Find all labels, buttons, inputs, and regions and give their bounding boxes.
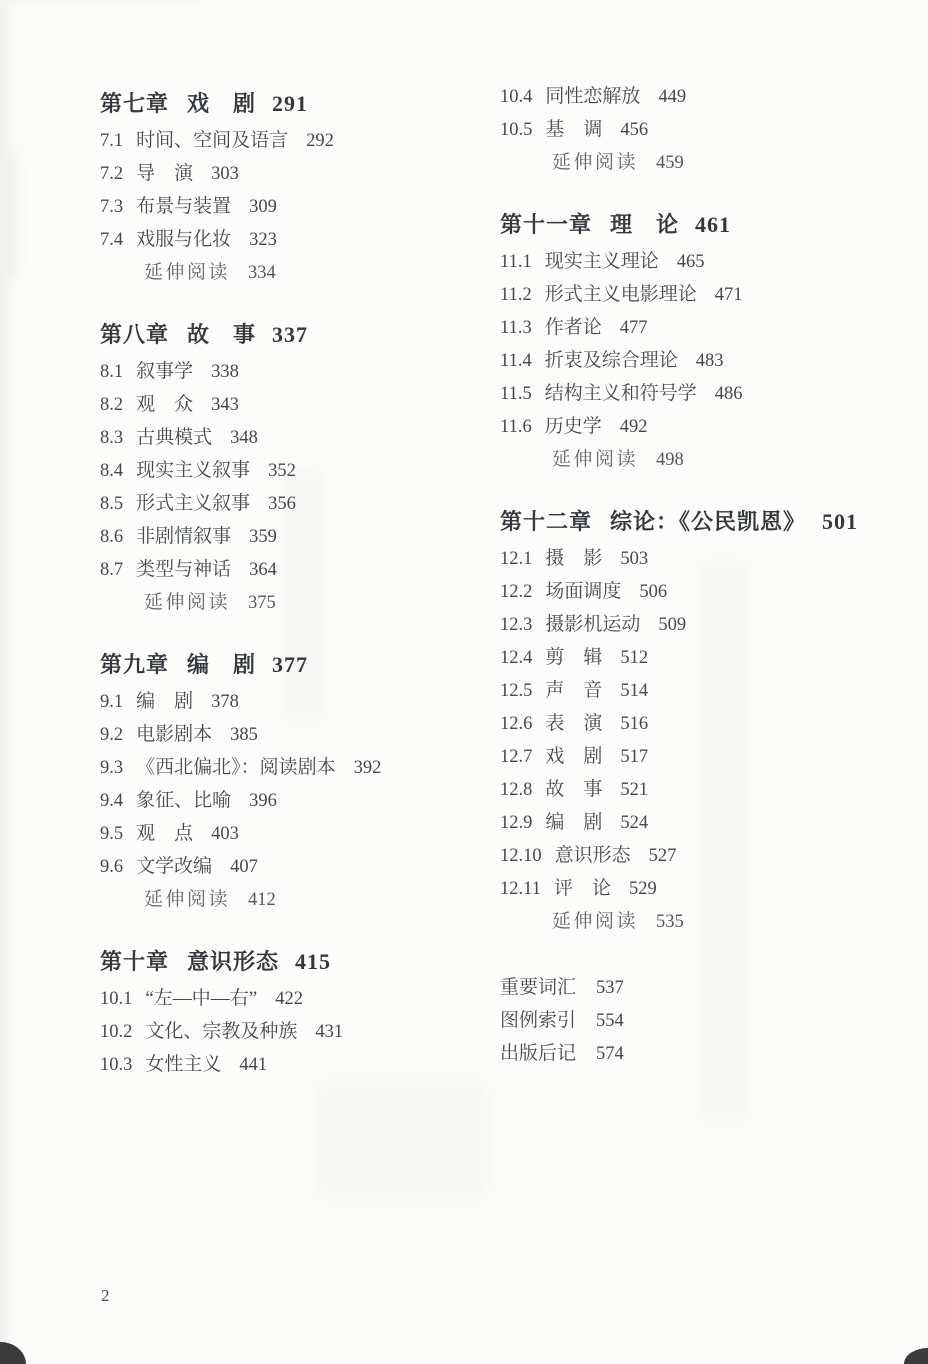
toc-item-title: 编 剧: [136, 691, 193, 712]
toc-item-page: 517: [620, 747, 648, 767]
toc-item-page: 449: [658, 87, 686, 107]
toc-item-title: 象征、比喻: [136, 790, 231, 811]
toc-item-page: 356: [268, 494, 296, 514]
toc-item-number: 11.4: [500, 345, 532, 378]
toc-item-page: 512: [620, 648, 648, 668]
toc-item-number: 9.3: [100, 752, 123, 785]
toc-item-title: 布景与装置: [136, 196, 231, 217]
chapter-page: 461: [695, 212, 731, 237]
toc-item-title: 《西北偏北》：阅读剧本: [136, 757, 336, 778]
chapter-title: 戏 剧: [187, 91, 256, 116]
toc-item-number: 7.4: [100, 224, 123, 257]
page-number: 2: [101, 1286, 110, 1306]
chapter-label: 第九章: [100, 652, 169, 677]
toc-item: 7.3布景与装置309: [100, 190, 500, 223]
toc-item-page: 412: [248, 890, 276, 910]
toc-item-number: 8.7: [100, 554, 123, 587]
toc-item-number: 8.3: [100, 422, 123, 455]
toc-item-page: 352: [268, 461, 296, 481]
toc-extended-reading: 延伸阅读459: [500, 146, 920, 179]
chapter-page: 377: [272, 652, 308, 677]
toc-item: 12.7戏 剧517: [500, 740, 920, 773]
toc-item-number: 11.1: [500, 246, 532, 279]
toc-item: 10.1“左—中—右”422: [100, 982, 500, 1015]
toc-item-page: 378: [211, 692, 239, 712]
toc-extended-reading: 延伸阅读498: [500, 443, 920, 476]
toc-item-title: 基 调: [545, 119, 602, 140]
chapter-page: 337: [272, 322, 308, 347]
chapter-label: 第八章: [100, 322, 169, 347]
toc-item: 8.2观 众343: [100, 388, 500, 421]
toc-column-left: 第七章戏 剧2917.1时间、空间及语言2927.2导 演3037.3布景与装置…: [100, 84, 500, 1081]
toc-item-page: 471: [715, 285, 743, 305]
toc-item-page: 465: [677, 252, 705, 272]
toc-item-page: 456: [620, 120, 648, 140]
toc-item-page: 348: [230, 428, 258, 448]
toc-item-number: 11.3: [500, 312, 532, 345]
toc-item: 10.2文化、宗教及种族431: [100, 1015, 500, 1048]
backmatter-list: 重要词汇537图例索引554出版后记574: [500, 971, 920, 1070]
toc-item-title: 电影剧本: [136, 724, 212, 745]
toc-item-number: 12.11: [500, 873, 541, 906]
toc-item-title: 戏 剧: [545, 746, 602, 767]
toc-item: 10.3女性主义441: [100, 1048, 500, 1081]
toc-item-page: 509: [658, 615, 686, 635]
toc-item-number: 12.9: [500, 807, 532, 840]
toc-item-page: 492: [620, 417, 648, 437]
toc-item-number: 7.1: [100, 125, 123, 158]
toc-item-title: 剪 辑: [545, 647, 602, 668]
chapter-heading: 第八章故 事337: [100, 315, 500, 355]
toc-item-title: 导 演: [136, 163, 193, 184]
chapter-title: 综论：《公民凯恩》: [610, 509, 806, 534]
toc-item: 8.4现实主义叙事352: [100, 454, 500, 487]
toc-item-page: 364: [249, 560, 277, 580]
toc-item-number: 12.5: [500, 675, 532, 708]
toc-item-number: 9.1: [100, 686, 123, 719]
chapter-label: 第十章: [100, 949, 169, 974]
toc-item-title: 意识形态: [555, 845, 631, 866]
chapter-page: 415: [295, 949, 331, 974]
toc-item-title: 延伸阅读: [552, 911, 638, 932]
toc-item-title: 古典模式: [136, 427, 212, 448]
backmatter-title: 重要词汇: [500, 977, 576, 998]
chapter-title: 意识形态: [187, 949, 279, 974]
toc-item-page: 521: [620, 780, 648, 800]
toc-extended-reading: 延伸阅读412: [100, 883, 500, 916]
chapter-heading: 第九章编 剧377: [100, 645, 500, 685]
toc-item-page: 359: [249, 527, 277, 547]
toc-item: 10.5基 调456: [500, 113, 920, 146]
toc-item-title: 现实主义理论: [545, 251, 659, 272]
toc-item-page: 535: [656, 912, 684, 932]
backmatter-title: 出版后记: [500, 1043, 576, 1064]
toc-item-title: 折衷及综合理论: [545, 350, 678, 371]
toc-item-number: 10.1: [100, 983, 132, 1016]
toc-item-page: 338: [211, 362, 239, 382]
toc-item-number: 9.6: [100, 851, 123, 884]
toc-item: 11.4折衷及综合理论483: [500, 344, 920, 377]
toc-item-title: 文化、宗教及种族: [145, 1021, 297, 1042]
toc-item-page: 516: [620, 714, 648, 734]
toc-item-title: 非剧情叙事: [136, 526, 231, 547]
toc-item: 9.2电影剧本385: [100, 718, 500, 751]
toc-item-number: 10.3: [100, 1049, 132, 1082]
toc-item-page: 375: [248, 593, 276, 613]
toc-item: 12.10意识形态527: [500, 839, 920, 872]
toc-item-title: 观 点: [136, 823, 193, 844]
toc-item: 8.1叙事学338: [100, 355, 500, 388]
toc-item-page: 527: [649, 846, 677, 866]
toc-item-number: 12.8: [500, 774, 532, 807]
toc-item-page: 303: [211, 164, 239, 184]
toc-item-title: 延伸阅读: [144, 889, 230, 910]
toc-item-title: “左—中—右”: [145, 988, 257, 1009]
toc-item-title: 延伸阅读: [144, 262, 230, 283]
toc-item: 12.4剪 辑512: [500, 641, 920, 674]
toc-item-page: 486: [715, 384, 743, 404]
toc-item: 8.5形式主义叙事356: [100, 487, 500, 520]
toc-item-page: 483: [696, 351, 724, 371]
toc-item-title: 编 剧: [545, 812, 602, 833]
toc-item-number: 8.6: [100, 521, 123, 554]
toc-item-page: 441: [239, 1055, 267, 1075]
chapter-title: 故 事: [187, 322, 256, 347]
toc-item: 11.5结构主义和符号学486: [500, 377, 920, 410]
toc-item-page: 323: [249, 230, 277, 250]
toc-item-page: 343: [211, 395, 239, 415]
toc-item-title: 历史学: [545, 416, 602, 437]
toc-item-title: 同性恋解放: [545, 86, 640, 107]
scan-corner-artifact: [0, 1342, 26, 1364]
toc-item-number: 12.7: [500, 741, 532, 774]
toc-item-title: 作者论: [545, 317, 602, 338]
toc-item-number: 8.1: [100, 356, 123, 389]
toc-item-page: 309: [249, 197, 277, 217]
toc-item-title: 结构主义和符号学: [545, 383, 697, 404]
toc-item: 11.2形式主义电影理论471: [500, 278, 920, 311]
toc-item-title: 表 演: [545, 713, 602, 734]
toc-item: 8.6非剧情叙事359: [100, 520, 500, 553]
toc-item: 12.11评 论529: [500, 872, 920, 905]
toc-item: 12.6表 演516: [500, 707, 920, 740]
toc-item-page: 506: [639, 582, 667, 602]
toc-item-number: 8.5: [100, 488, 123, 521]
toc-item-title: 摄 影: [545, 548, 602, 569]
toc-item: 12.8故 事521: [500, 773, 920, 806]
toc-item: 10.4同性恋解放449: [500, 80, 920, 113]
toc-item-page: 477: [620, 318, 648, 338]
toc-item-number: 11.6: [500, 411, 532, 444]
chapter-title: 理 论: [610, 212, 679, 237]
toc-item-number: 12.10: [500, 840, 542, 873]
toc-item-page: 334: [248, 263, 276, 283]
toc-item-number: 8.2: [100, 389, 123, 422]
toc-item-page: 524: [620, 813, 648, 833]
toc-item-title: 类型与神话: [136, 559, 231, 580]
toc-item: 7.1时间、空间及语言292: [100, 124, 500, 157]
scan-edge-shadow-left: [0, 0, 18, 1364]
toc-item: 12.3摄影机运动509: [500, 608, 920, 641]
toc-item: 12.2场面调度506: [500, 575, 920, 608]
toc-item-title: 故 事: [545, 779, 602, 800]
toc-item-page: 529: [629, 879, 657, 899]
toc-item-number: 9.4: [100, 785, 123, 818]
toc-item-page: 292: [306, 131, 334, 151]
toc-item-title: 形式主义叙事: [136, 493, 250, 514]
toc-item-page: 503: [620, 549, 648, 569]
toc-item: 8.7类型与神话364: [100, 553, 500, 586]
chapter-label: 第十一章: [500, 212, 592, 237]
toc-item-title: 延伸阅读: [552, 449, 638, 470]
toc-item-number: 12.3: [500, 609, 532, 642]
toc-item-number: 10.4: [500, 81, 532, 114]
chapter-heading: 第十一章理 论461: [500, 205, 920, 245]
toc-item-page: 431: [315, 1022, 343, 1042]
toc-item-title: 文学改编: [136, 856, 212, 877]
toc-item-number: 12.1: [500, 543, 532, 576]
toc-item: 12.1摄 影503: [500, 542, 920, 575]
toc-item-number: 11.2: [500, 279, 532, 312]
toc-item: 7.4戏服与化妆323: [100, 223, 500, 256]
scan-bleedthrough-artifact: [318, 1080, 488, 1200]
toc-extended-reading: 延伸阅读334: [100, 256, 500, 289]
toc-item-number: 7.3: [100, 191, 123, 224]
backmatter-page: 537: [596, 978, 624, 998]
chapter-page: 501: [822, 509, 858, 534]
toc-item-page: 407: [230, 857, 258, 877]
toc-item: 11.6历史学492: [500, 410, 920, 443]
toc-item-number: 12.6: [500, 708, 532, 741]
backmatter-item: 重要词汇537: [500, 971, 920, 1004]
toc-item-page: 422: [275, 989, 303, 1009]
toc-item: 12.9编 剧524: [500, 806, 920, 839]
chapter-label: 第十二章: [500, 509, 592, 534]
toc-extended-reading: 延伸阅读375: [100, 586, 500, 619]
toc-item-number: 9.2: [100, 719, 123, 752]
toc-item-page: 459: [656, 153, 684, 173]
toc-item: 9.5观 点403: [100, 817, 500, 850]
toc-item-page: 403: [211, 824, 239, 844]
backmatter-title: 图例索引: [500, 1010, 576, 1031]
toc-item-number: 12.4: [500, 642, 532, 675]
toc-item-title: 女性主义: [145, 1054, 221, 1075]
toc-item-number: 12.2: [500, 576, 532, 609]
toc-item: 11.3作者论477: [500, 311, 920, 344]
backmatter-page: 574: [596, 1044, 624, 1064]
toc-item-title: 场面调度: [545, 581, 621, 602]
toc-item-number: 10.2: [100, 1016, 132, 1049]
toc-item-title: 现实主义叙事: [136, 460, 250, 481]
scan-edge-shadow-top: [0, 0, 200, 10]
toc-item-number: 8.4: [100, 455, 123, 488]
backmatter-item: 出版后记574: [500, 1037, 920, 1070]
backmatter-item: 图例索引554: [500, 1004, 920, 1037]
toc-item: 7.2导 演303: [100, 157, 500, 190]
toc-item-title: 延伸阅读: [552, 152, 638, 173]
toc-item-number: 7.2: [100, 158, 123, 191]
toc-item-number: 10.5: [500, 114, 532, 147]
scanned-toc-page: 第七章戏 剧2917.1时间、空间及语言2927.2导 演3037.3布景与装置…: [0, 0, 928, 1364]
toc-item-number: 11.5: [500, 378, 532, 411]
toc-item-number: 9.5: [100, 818, 123, 851]
chapter-heading: 第七章戏 剧291: [100, 84, 500, 124]
chapter-page: 291: [272, 91, 308, 116]
chapter-label: 第七章: [100, 91, 169, 116]
toc-item: 9.3《西北偏北》：阅读剧本392: [100, 751, 500, 784]
toc-item-page: 514: [620, 681, 648, 701]
scan-corner-artifact: [904, 1348, 928, 1364]
toc-item-title: 叙事学: [136, 361, 193, 382]
toc-item: 9.6文学改编407: [100, 850, 500, 883]
toc-item-title: 戏服与化妆: [136, 229, 231, 250]
toc-item: 11.1现实主义理论465: [500, 245, 920, 278]
toc-column-right: 10.4同性恋解放44910.5基 调456延伸阅读459第十一章理 论4611…: [500, 80, 920, 1070]
toc-extended-reading: 延伸阅读535: [500, 905, 920, 938]
chapter-heading: 第十章意识形态415: [100, 942, 500, 982]
chapter-title: 编 剧: [187, 652, 256, 677]
toc-item-page: 498: [656, 450, 684, 470]
toc-item-page: 396: [249, 791, 277, 811]
backmatter-page: 554: [596, 1011, 624, 1031]
toc-item-title: 摄影机运动: [545, 614, 640, 635]
toc-item-title: 观 众: [136, 394, 193, 415]
toc-item-title: 形式主义电影理论: [545, 284, 697, 305]
toc-item: 12.5声 音514: [500, 674, 920, 707]
toc-item: 9.4象征、比喻396: [100, 784, 500, 817]
chapter-heading: 第十二章综论：《公民凯恩》501: [500, 502, 920, 542]
toc-item-page: 385: [230, 725, 258, 745]
toc-item: 8.3古典模式348: [100, 421, 500, 454]
toc-item-title: 评 论: [554, 878, 611, 899]
toc-item: 9.1编 剧378: [100, 685, 500, 718]
toc-item-title: 时间、空间及语言: [136, 130, 288, 151]
toc-item-page: 392: [354, 758, 382, 778]
toc-item-title: 延伸阅读: [144, 592, 230, 613]
toc-item-title: 声 音: [545, 680, 602, 701]
